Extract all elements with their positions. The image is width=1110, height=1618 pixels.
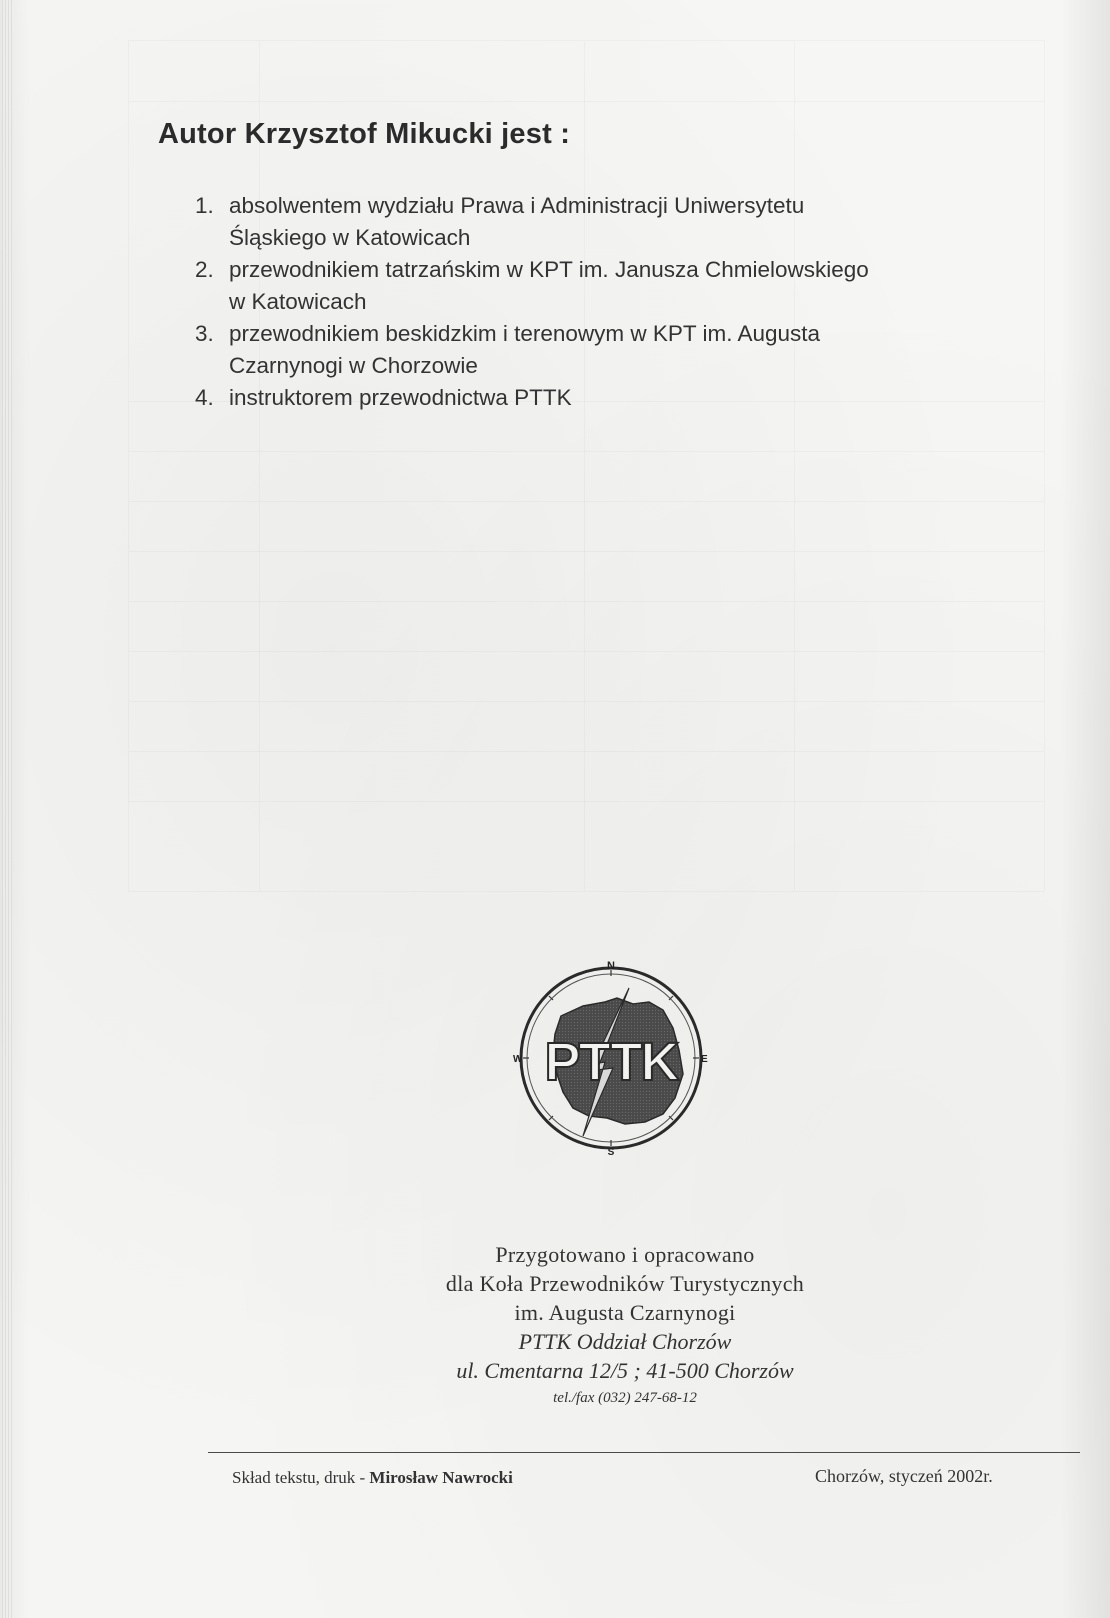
- credential-item: 4. instruktorem przewodnictwa PTTK: [195, 382, 1025, 414]
- credential-number: 3.: [195, 318, 214, 350]
- footer-divider: [208, 1452, 1080, 1453]
- typesetting-credit: Skład tekstu, druk - Mirosław Nawrocki: [232, 1468, 513, 1488]
- pttk-compass-logo-icon: PTTK N E S W: [513, 958, 709, 1156]
- imprint-address-line: ul. Cmentarna 12/5 ; 41-500 Chorzów: [330, 1356, 920, 1385]
- credential-number: 4.: [195, 382, 214, 414]
- scanned-page: Autor Krzysztof Mikucki jest : 1. absolw…: [0, 0, 1110, 1618]
- imprint-patron-line: im. Augusta Czarnynogi: [330, 1298, 920, 1327]
- credential-item: 1. absolwentem wydziału Prawa i Administ…: [195, 190, 1025, 254]
- page-binding-edge: [2, 0, 12, 1618]
- publisher-imprint: Przygotowano i opracowano dla Koła Przew…: [330, 1240, 920, 1409]
- imprint-phone-line: tel./fax (032) 247-68-12: [330, 1387, 920, 1409]
- credential-item: 3. przewodnikiem beskidzkim i terenowym …: [195, 318, 1025, 382]
- place-and-date: Chorzów, styczeń 2002r.: [815, 1466, 993, 1487]
- credential-text-continued: Śląskiego w Katowicach: [229, 225, 470, 250]
- reverse-side-showthrough: [128, 40, 1045, 892]
- credential-number: 2.: [195, 254, 214, 286]
- svg-text:E: E: [701, 1054, 708, 1065]
- imprint-organization-line: dla Koła Przewodników Turystycznych: [330, 1269, 920, 1298]
- credential-number: 1.: [195, 190, 214, 222]
- author-heading: Autor Krzysztof Mikucki jest :: [158, 118, 570, 151]
- credential-text: absolwentem wydziału Prawa i Administrac…: [229, 193, 804, 218]
- credential-text-continued: w Katowicach: [229, 289, 367, 314]
- credential-text: przewodnikiem beskidzkim i terenowym w K…: [229, 321, 820, 346]
- typesetting-label: Skład tekstu, druk -: [232, 1468, 369, 1487]
- svg-text:W: W: [513, 1054, 523, 1065]
- imprint-branch-line: PTTK Oddział Chorzów: [330, 1327, 920, 1356]
- credential-item: 2. przewodnikiem tatrzańskim w KPT im. J…: [195, 254, 1025, 318]
- typesetter-name: Mirosław Nawrocki: [369, 1468, 512, 1487]
- svg-text:N: N: [607, 960, 615, 972]
- svg-text:S: S: [608, 1147, 615, 1156]
- credential-text-continued: Czarnynogi w Chorzowie: [229, 353, 478, 378]
- svg-text:PTTK: PTTK: [545, 1032, 680, 1092]
- imprint-prepared-line: Przygotowano i opracowano: [330, 1240, 920, 1269]
- author-credentials-list: 1. absolwentem wydziału Prawa i Administ…: [195, 190, 1025, 414]
- credential-text: instruktorem przewodnictwa PTTK: [229, 385, 572, 410]
- credential-text: przewodnikiem tatrzańskim w KPT im. Janu…: [229, 257, 869, 282]
